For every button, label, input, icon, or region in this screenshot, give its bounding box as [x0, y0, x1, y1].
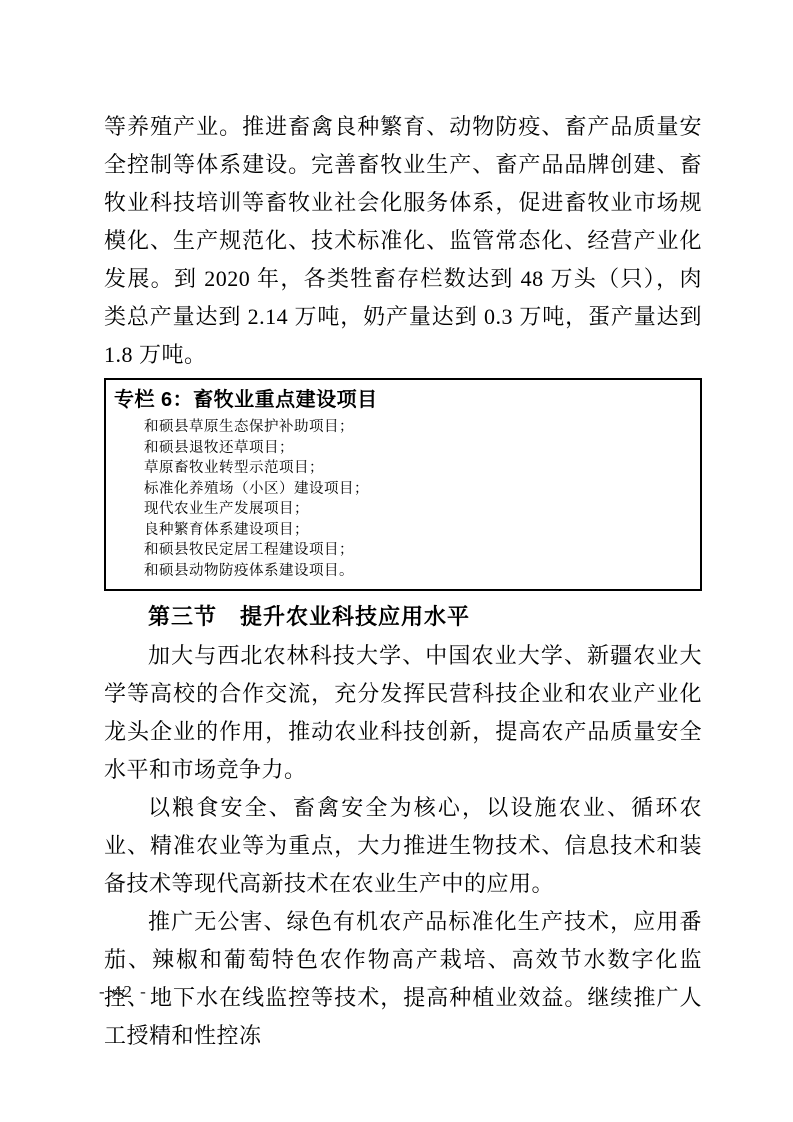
- body-paragraph-3: 以粮食安全、畜禽安全为核心，以设施农业、循环农业、精准农业等为重点，大力推进生物…: [104, 789, 702, 903]
- project-panel: 专栏 6：畜牧业重点建设项目 和硕县草原生态保护补助项目； 和硕县退牧还草项目；…: [104, 378, 702, 591]
- panel-list-item: 良种繁育体系建设项目；: [144, 520, 690, 541]
- panel-list-item: 和硕县退牧还草项目；: [144, 438, 690, 459]
- panel-list-item: 和硕县动物防疫体系建设项目。: [144, 561, 690, 582]
- panel-list-item: 和硕县牧民定居工程建设项目；: [144, 540, 690, 561]
- panel-project-list: 和硕县草原生态保护补助项目； 和硕县退牧还草项目； 草原畜牧业转型示范项目； 标…: [114, 417, 690, 581]
- body-paragraph-2: 加大与西北农林科技大学、中国农业大学、新疆农业大学等高校的合作交流，充分发挥民营…: [104, 637, 702, 789]
- page-number: - 42 -: [99, 982, 148, 1002]
- panel-list-item: 草原畜牧业转型示范项目；: [144, 458, 690, 479]
- document-page: 等养殖产业。推进畜禽良种繁育、动物防疫、畜产品质量安全控制等体系建设。完善畜牧业…: [0, 0, 793, 1122]
- panel-list-item: 和硕县草原生态保护补助项目；: [144, 417, 690, 438]
- panel-list-item: 现代农业生产发展项目；: [144, 499, 690, 520]
- body-paragraph-1: 等养殖产业。推进畜禽良种繁育、动物防疫、畜产品质量安全控制等体系建设。完善畜牧业…: [104, 108, 702, 374]
- panel-title: 专栏 6：畜牧业重点建设项目: [114, 386, 690, 414]
- body-paragraph-4: 推广无公害、绿色有机农产品标准化生产技术，应用番茄、辣椒和葡萄特色农作物高产栽培…: [104, 903, 702, 1055]
- page-content: 等养殖产业。推进畜禽良种繁育、动物防疫、畜产品质量安全控制等体系建设。完善畜牧业…: [104, 108, 702, 1055]
- section-heading: 第三节 提升农业科技应用水平: [104, 599, 702, 635]
- panel-list-item: 标准化养殖场（小区）建设项目；: [144, 479, 690, 500]
